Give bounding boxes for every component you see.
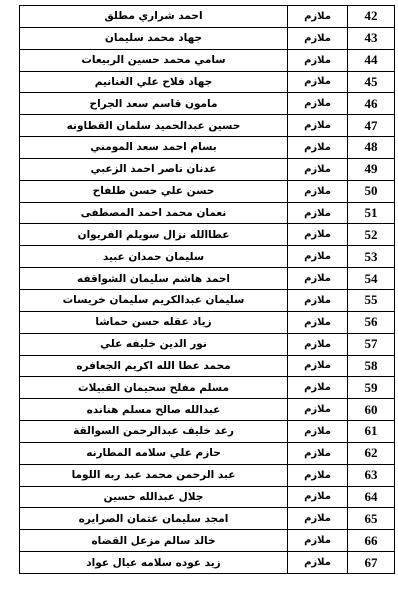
- table-row: 54ملازماحمد هاشم سليمان الشواقفه: [20, 268, 395, 290]
- table-row: 55ملازمسليمان عبدالكريم سليمان خريسات: [20, 289, 395, 311]
- table-row: 60ملازمعبدالله صالح مسلم هنانده: [20, 399, 395, 421]
- number-cell: 44: [348, 49, 395, 71]
- name-cell: سامي محمد حسين الربيعات: [20, 49, 288, 71]
- rank-cell: ملازم: [288, 333, 348, 355]
- rank-cell: ملازم: [288, 49, 348, 71]
- number-cell: 52: [348, 224, 395, 246]
- table-row: 49ملازمعدنان ناصر احمد الزعبي: [20, 158, 395, 180]
- roster-body: 42ملازماحمد شراري مطلق43ملازمجهاد محمد س…: [20, 6, 395, 574]
- table-row: 57ملازمنور الدين خليفه علي: [20, 333, 395, 355]
- table-row: 44ملازمسامي محمد حسين الربيعات: [20, 49, 395, 71]
- table-row: 58ملازممحمد عطا الله اكريم الجعافره: [20, 355, 395, 377]
- rank-cell: ملازم: [288, 442, 348, 464]
- table-row: 59ملازممسلم مفلح سحيمان القبيلات: [20, 377, 395, 399]
- rank-cell: ملازم: [288, 202, 348, 224]
- number-cell: 59: [348, 377, 395, 399]
- table-row: 43ملازمجهاد محمد سليمان: [20, 27, 395, 49]
- number-cell: 58: [348, 355, 395, 377]
- number-cell: 60: [348, 399, 395, 421]
- rank-cell: ملازم: [288, 377, 348, 399]
- name-cell: احمد شراري مطلق: [20, 6, 288, 28]
- table-row: 51ملازمنعمان محمد احمد المصطفى: [20, 202, 395, 224]
- rank-cell: ملازم: [288, 355, 348, 377]
- rank-cell: ملازم: [288, 508, 348, 530]
- number-cell: 49: [348, 158, 395, 180]
- rank-cell: ملازم: [288, 246, 348, 268]
- rank-cell: ملازم: [288, 224, 348, 246]
- rank-cell: ملازم: [288, 421, 348, 443]
- number-cell: 42: [348, 6, 395, 28]
- table-row: 62ملازمحازم علي سلامه المطارنه: [20, 442, 395, 464]
- table-row: 67ملازمزيد عوده سلامه عيال عواد: [20, 552, 395, 574]
- table-row: 65ملازمامجد سليمان عثمان الصرايره: [20, 508, 395, 530]
- number-cell: 63: [348, 464, 395, 486]
- name-cell: جهاد محمد سليمان: [20, 27, 288, 49]
- table-row: 56ملازمزياد عقله حسن حماشا: [20, 311, 395, 333]
- officer-roster-table: 42ملازماحمد شراري مطلق43ملازمجهاد محمد س…: [19, 5, 395, 574]
- number-cell: 48: [348, 137, 395, 159]
- rank-cell: ملازم: [288, 27, 348, 49]
- name-cell: سليمان حمدان عبيد: [20, 246, 288, 268]
- number-cell: 67: [348, 552, 395, 574]
- rank-cell: ملازم: [288, 464, 348, 486]
- rank-cell: ملازم: [288, 289, 348, 311]
- table-row: 53ملازمسليمان حمدان عبيد: [20, 246, 395, 268]
- table-row: 45ملازمجهاد فلاح علي الغنانيم: [20, 71, 395, 93]
- rank-cell: ملازم: [288, 6, 348, 28]
- rank-cell: ملازم: [288, 486, 348, 508]
- name-cell: احمد هاشم سليمان الشواقفه: [20, 268, 288, 290]
- name-cell: محمد عطا الله اكريم الجعافره: [20, 355, 288, 377]
- number-cell: 54: [348, 268, 395, 290]
- rank-cell: ملازم: [288, 180, 348, 202]
- name-cell: جهاد فلاح علي الغنانيم: [20, 71, 288, 93]
- rank-cell: ملازم: [288, 71, 348, 93]
- rank-cell: ملازم: [288, 158, 348, 180]
- table-row: 66ملازمخالد سالم مزعل القضاه: [20, 530, 395, 552]
- number-cell: 64: [348, 486, 395, 508]
- table-row: 52ملازمعطاالله نزال سويلم الفريوان: [20, 224, 395, 246]
- table-row: 46ملازممامون قاسم سعد الجراح: [20, 93, 395, 115]
- table-row: 64ملازمجلال عبدالله حسين: [20, 486, 395, 508]
- name-cell: جلال عبدالله حسين: [20, 486, 288, 508]
- table-row: 48ملازمبسام احمد سعد المومني: [20, 137, 395, 159]
- rank-cell: ملازم: [288, 137, 348, 159]
- number-cell: 45: [348, 71, 395, 93]
- name-cell: زيد عوده سلامه عيال عواد: [20, 552, 288, 574]
- name-cell: نعمان محمد احمد المصطفى: [20, 202, 288, 224]
- name-cell: مسلم مفلح سحيمان القبيلات: [20, 377, 288, 399]
- name-cell: سليمان عبدالكريم سليمان خريسات: [20, 289, 288, 311]
- table-row: 47ملازمحسين عبدالحميد سلمان القطاونه: [20, 115, 395, 137]
- name-cell: حسين عبدالحميد سلمان القطاونه: [20, 115, 288, 137]
- number-cell: 61: [348, 421, 395, 443]
- rank-cell: ملازم: [288, 115, 348, 137]
- number-cell: 53: [348, 246, 395, 268]
- number-cell: 55: [348, 289, 395, 311]
- number-cell: 62: [348, 442, 395, 464]
- name-cell: رعد خليف عبدالرحمن السوالقة: [20, 421, 288, 443]
- name-cell: امجد سليمان عثمان الصرايره: [20, 508, 288, 530]
- document-page: 42ملازماحمد شراري مطلق43ملازمجهاد محمد س…: [0, 0, 398, 594]
- name-cell: بسام احمد سعد المومني: [20, 137, 288, 159]
- table-row: 50ملازمحسن علي حسن طلفاح: [20, 180, 395, 202]
- rank-cell: ملازم: [288, 268, 348, 290]
- rank-cell: ملازم: [288, 399, 348, 421]
- number-cell: 57: [348, 333, 395, 355]
- name-cell: حازم علي سلامه المطارنه: [20, 442, 288, 464]
- number-cell: 43: [348, 27, 395, 49]
- number-cell: 56: [348, 311, 395, 333]
- name-cell: عطاالله نزال سويلم الفريوان: [20, 224, 288, 246]
- name-cell: خالد سالم مزعل القضاه: [20, 530, 288, 552]
- rank-cell: ملازم: [288, 552, 348, 574]
- rank-cell: ملازم: [288, 311, 348, 333]
- number-cell: 50: [348, 180, 395, 202]
- rank-cell: ملازم: [288, 93, 348, 115]
- name-cell: نور الدين خليفه علي: [20, 333, 288, 355]
- number-cell: 66: [348, 530, 395, 552]
- name-cell: عدنان ناصر احمد الزعبي: [20, 158, 288, 180]
- number-cell: 65: [348, 508, 395, 530]
- table-row: 63ملازمعبد الرحمن محمد عبد ربه اللوما: [20, 464, 395, 486]
- name-cell: زياد عقله حسن حماشا: [20, 311, 288, 333]
- table-row: 61ملازمرعد خليف عبدالرحمن السوالقة: [20, 421, 395, 443]
- rank-cell: ملازم: [288, 530, 348, 552]
- number-cell: 51: [348, 202, 395, 224]
- table-row: 42ملازماحمد شراري مطلق: [20, 6, 395, 28]
- name-cell: حسن علي حسن طلفاح: [20, 180, 288, 202]
- name-cell: عبدالله صالح مسلم هنانده: [20, 399, 288, 421]
- number-cell: 47: [348, 115, 395, 137]
- name-cell: مامون قاسم سعد الجراح: [20, 93, 288, 115]
- name-cell: عبد الرحمن محمد عبد ربه اللوما: [20, 464, 288, 486]
- number-cell: 46: [348, 93, 395, 115]
